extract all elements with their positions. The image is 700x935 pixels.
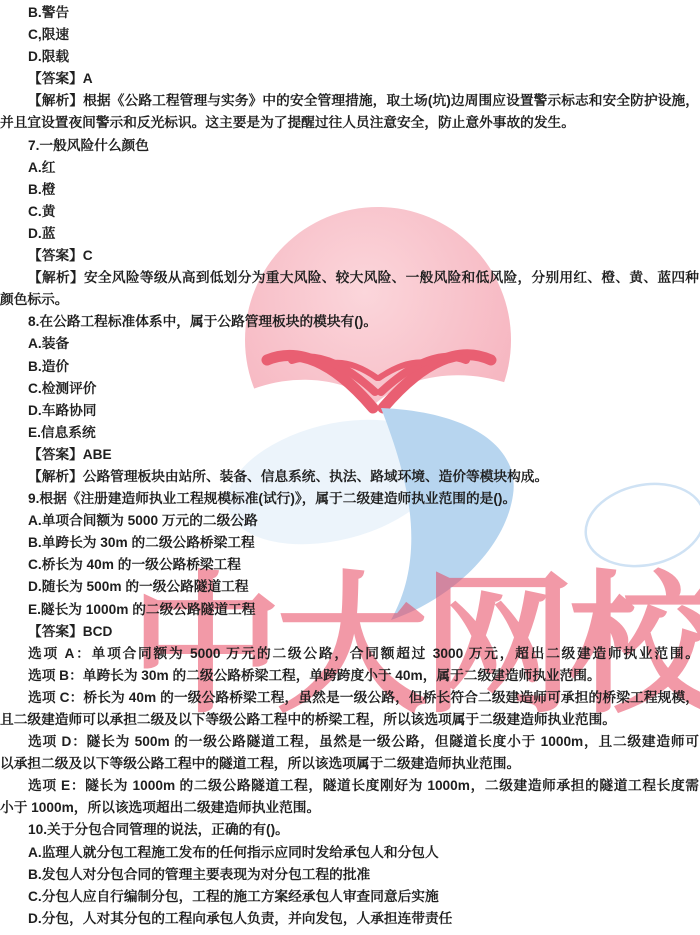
doc-line: A.装备 — [0, 333, 700, 355]
doc-line: 【解析】根据《公路工程管理与实务》中的安全管理措施，取土场(坑)边周围应设置警示… — [0, 90, 700, 112]
doc-line: D.随长为 500m 的一级公路隧道工程 — [0, 576, 700, 598]
doc-line: E.信息系统 — [0, 422, 700, 444]
doc-line: D.车路协同 — [0, 400, 700, 422]
doc-line: 选项 A：单项合同额为 5000 万元的二级公路，合同额超过 3000 万元，超… — [0, 643, 700, 665]
doc-line: 10.关于分包合同管理的说法，正确的有()。 — [0, 819, 700, 841]
doc-line: A.单项合间额为 5000 万元的二级公路 — [0, 510, 700, 532]
doc-line: C.分包人应自行编制分包，工程的施工方案经承包人审查同意后实施 — [0, 886, 700, 908]
doc-line: C.黄 — [0, 201, 700, 223]
doc-line: 【解析】公路管理板块由站所、装备、信息系统、执法、路域环境、造价等模块构成。 — [0, 466, 700, 488]
doc-line: B.橙 — [0, 179, 700, 201]
doc-line: 且二级建造师可以承担二级及以下等级公路工程中的桥梁工程，所以该选项属于二级建造师… — [0, 709, 700, 731]
doc-line: A.监理人就分包工程施工发布的任何指示应同时发给承包人和分包人 — [0, 842, 700, 864]
doc-line: 选项 E：隧长为 1000m 的二级公路隧道工程，隧道长度刚好为 1000m，二… — [0, 775, 700, 797]
document-page: 中大网校 B.警告C,限速D.限载【答案】A【解析】根据《公路工程管理与实务》中… — [0, 0, 700, 935]
doc-line: 7.一般风险什么颜色 — [0, 135, 700, 157]
doc-line: B.单跨长为 30m 的二级公路桥梁工程 — [0, 532, 700, 554]
doc-line: E.隧长为 1000m 的二级公路隧道工程 — [0, 599, 700, 621]
doc-line: C.检测评价 — [0, 378, 700, 400]
doc-line: B.警告 — [0, 2, 700, 24]
doc-line: 颜色标示。 — [0, 289, 700, 311]
doc-line: 【答案】BCD — [0, 621, 700, 643]
doc-line: 小于 1000m，所以该选项超出二级建造师执业范围。 — [0, 797, 700, 819]
doc-line: A.红 — [0, 157, 700, 179]
doc-line: 9.根据《注册建造师执业工程规模标准(试行)》，属于二级建造师执业范围的是()。 — [0, 488, 700, 510]
doc-line: 【答案】C — [0, 245, 700, 267]
doc-line: 8.在公路工程标准体系中，属于公路管理板块的模块有()。 — [0, 311, 700, 333]
doc-line: B.发包人对分包合同的管理主要表现为对分包工程的批准 — [0, 864, 700, 886]
doc-line: 【答案】A — [0, 68, 700, 90]
doc-line: 并且宜设置夜间警示和反光标识。这主要是为了提醒过往人员注意安全，防止意外事故的发… — [0, 112, 700, 134]
doc-line: 【解析】安全风险等级从高到低划分为重大风险、较大风险、一般风险和低风险，分别用红… — [0, 267, 700, 289]
doc-line: D.限载 — [0, 46, 700, 68]
doc-line: B.造价 — [0, 356, 700, 378]
document-text: B.警告C,限速D.限载【答案】A【解析】根据《公路工程管理与实务》中的安全管理… — [0, 0, 700, 935]
doc-line: D.分包，人对其分包的工程向承包人负责，并向发包，人承担连带责任 — [0, 908, 700, 930]
doc-line: 以承担二级及以下等级公路工程中的隧道工程，所以该选项属于二级建造师执业范围。 — [0, 753, 700, 775]
doc-line: C.桥长为 40m 的一级公路桥梁工程 — [0, 554, 700, 576]
doc-line: 选项 C：桥长为 40m 的一级公路桥梁工程，虽然是一级公路，但桥长符合二级建造… — [0, 687, 700, 709]
doc-line: C,限速 — [0, 24, 700, 46]
doc-line: 选项 B：单跨长为 30m 的二级公路桥梁工程，单跨跨度小于 40m，属于二级建… — [0, 665, 700, 687]
doc-line: 选项 D：隧长为 500m 的一级公路隧道工程，虽然是一级公路，但隧道长度小于 … — [0, 731, 700, 753]
doc-line: D.蓝 — [0, 223, 700, 245]
doc-line: 【答案】ABE — [0, 444, 700, 466]
